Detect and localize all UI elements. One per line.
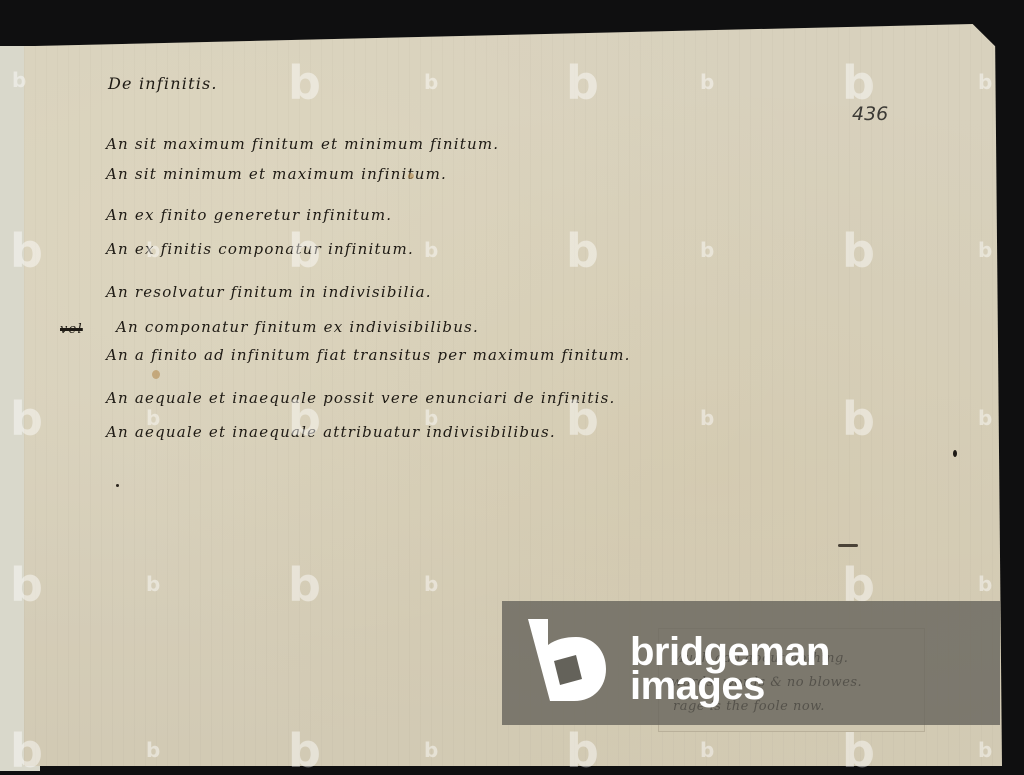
manuscript-line: An aequale et inaequale attribuatur indi… bbox=[106, 423, 556, 441]
watermark-b-icon: b bbox=[146, 740, 160, 760]
watermark-b-icon: b bbox=[566, 60, 599, 106]
watermark-b-icon: b bbox=[424, 240, 438, 260]
watermark-b-icon: b bbox=[288, 728, 321, 774]
watermark-b-icon: b bbox=[10, 228, 43, 274]
manuscript-line: An a finito ad infinitum fiat transitus … bbox=[106, 346, 631, 364]
watermark-b-icon: b bbox=[978, 740, 992, 760]
watermark-b-icon: b bbox=[842, 60, 875, 106]
watermark-b-icon: b bbox=[700, 408, 714, 428]
watermark-b-icon: b bbox=[288, 228, 321, 274]
struck-margin-note: vel bbox=[60, 322, 83, 337]
watermark-b-icon: b bbox=[700, 72, 714, 92]
watermark-b-icon: b bbox=[566, 396, 599, 442]
bridgeman-logo-icon bbox=[526, 617, 606, 701]
watermark-b-icon: b bbox=[842, 728, 875, 774]
watermark-b-icon: b bbox=[10, 728, 43, 774]
manuscript-line: An sit maximum finitum et minimum finitu… bbox=[106, 135, 499, 153]
brand-text-line2: images bbox=[630, 666, 765, 706]
watermark-b-icon: b bbox=[288, 562, 321, 608]
stain bbox=[408, 173, 414, 179]
watermark-b-icon: b bbox=[146, 240, 160, 260]
watermark-b-icon: b bbox=[700, 740, 714, 760]
watermark-b-icon: b bbox=[978, 574, 992, 594]
watermark-b-icon: b bbox=[288, 396, 321, 442]
manuscript-line: An aequale et inaequale possit vere enun… bbox=[106, 389, 615, 407]
manuscript-line: An sit minimum et maximum infinitum. bbox=[106, 165, 447, 183]
watermark-b-icon: b bbox=[10, 396, 43, 442]
watermark-b-icon: b bbox=[424, 740, 438, 760]
document-title: De infinitis. bbox=[108, 74, 218, 93]
watermark-b-icon: b bbox=[10, 562, 43, 608]
watermark-b-icon: b bbox=[424, 408, 438, 428]
watermark-b-icon: b bbox=[146, 574, 160, 594]
watermark-b-icon: b bbox=[978, 72, 992, 92]
ink-speck bbox=[838, 544, 858, 547]
manuscript-line: An componatur finitum ex indivisibilibus… bbox=[116, 318, 479, 336]
watermark-b-icon: b bbox=[424, 574, 438, 594]
watermark-b-icon: b bbox=[12, 70, 26, 90]
watermark-b-icon: b bbox=[978, 240, 992, 260]
manuscript-line: An ex finito generetur infinitum. bbox=[106, 206, 392, 224]
watermark-b-icon: b bbox=[700, 240, 714, 260]
watermark-b-icon: b bbox=[424, 72, 438, 92]
watermark-b-icon: b bbox=[842, 228, 875, 274]
stain bbox=[152, 370, 160, 379]
watermark-b-icon: b bbox=[978, 408, 992, 428]
watermark-b-icon: b bbox=[146, 408, 160, 428]
manuscript-line: An resolvatur finitum in indivisibilia. bbox=[106, 283, 432, 301]
watermark-b-icon: b bbox=[566, 728, 599, 774]
ink-speck bbox=[953, 450, 957, 457]
watermark-b-icon: b bbox=[288, 60, 321, 106]
ink-dot bbox=[116, 484, 119, 487]
watermark-b-icon: b bbox=[566, 228, 599, 274]
watermark-b-icon: b bbox=[842, 396, 875, 442]
